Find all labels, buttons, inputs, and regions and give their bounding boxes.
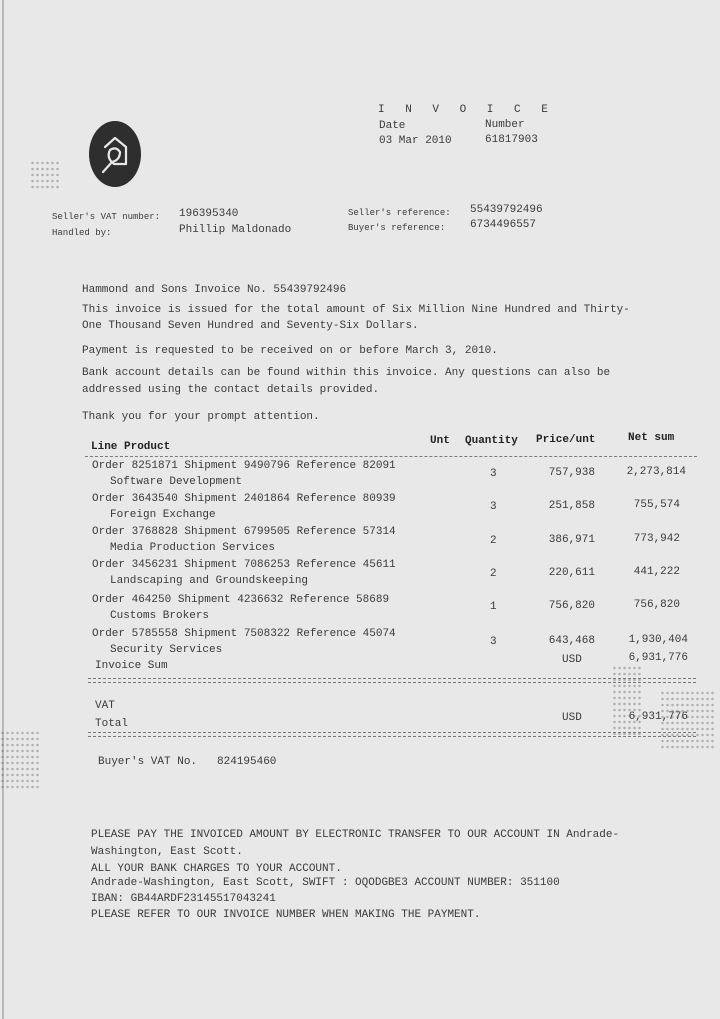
row-quantity: 3 — [490, 636, 497, 648]
scan-noise — [612, 665, 642, 735]
row-quantity: 2 — [490, 535, 497, 547]
table-row: Order 5785558 Shipment 7508322 Reference… — [92, 626, 396, 658]
buyer-vat-value: 824195460 — [217, 756, 276, 768]
row-quantity: 2 — [490, 568, 497, 580]
row-product-line: Security Services — [92, 642, 396, 658]
col-header-price: Price/unt — [536, 434, 595, 446]
row-quantity: 3 — [490, 468, 497, 480]
total-label: Total — [95, 718, 128, 730]
row-price: 251,858 — [530, 500, 595, 512]
thanks-line: Thank you for your prompt attention. — [82, 411, 320, 423]
seller-ref-label: Seller's reference: — [348, 208, 451, 218]
handled-by-value: Phillip Maldonado — [179, 224, 291, 236]
footer-line-1: PLEASE PAY THE INVOICED AMOUNT BY ELECTR… — [91, 829, 619, 841]
invoice-number-line: Hammond and Sons Invoice No. 55439792496 — [82, 284, 346, 296]
table-row: Order 3643540 Shipment 2401864 Reference… — [92, 491, 396, 523]
row-net: 755,574 — [610, 499, 680, 511]
buyer-ref-value: 6734496557 — [470, 219, 536, 231]
date-value: 03 Mar 2010 — [379, 135, 452, 147]
footer-line-5: IBAN: GB44ARDF23145517043241 — [91, 893, 276, 905]
buyer-ref-label: Buyer's reference: — [348, 223, 445, 233]
row-product-line: Software Development — [92, 474, 396, 490]
invoice-sum-currency: USD — [562, 654, 582, 666]
seller-ref-value: 55439792496 — [470, 204, 543, 216]
row-price: 220,611 — [530, 567, 595, 579]
invoice-title: I N V O I C E — [378, 104, 555, 116]
row-product-line: Media Production Services — [92, 540, 396, 556]
handled-by-label: Handled by: — [52, 228, 111, 238]
house-leaf-logo-icon — [88, 118, 142, 188]
row-net: 441,222 — [610, 566, 680, 578]
row-net: 1,930,404 — [610, 634, 688, 646]
row-product-line: Customs Brokers — [92, 608, 389, 624]
footer-line-3: ALL YOUR BANK CHARGES TO YOUR ACCOUNT. — [91, 863, 342, 875]
buyer-vat-label: Buyer's VAT No. — [98, 756, 197, 768]
row-net: 2,273,814 — [610, 466, 686, 478]
row-order-line: Order 3643540 Shipment 2401864 Reference… — [92, 491, 396, 507]
scan-noise — [660, 690, 715, 750]
row-quantity: 1 — [490, 601, 497, 613]
table-row: Order 3456231 Shipment 7086253 Reference… — [92, 557, 396, 589]
footer-line-2: Washington, East Scott. — [91, 846, 243, 858]
seller-vat-label: Seller's VAT number: — [52, 212, 160, 222]
seller-vat-value: 196395340 — [179, 208, 238, 220]
row-order-line: Order 464250 Shipment 4236632 Reference … — [92, 592, 389, 608]
row-order-line: Order 3456231 Shipment 7086253 Reference… — [92, 557, 396, 573]
invoice-page: I N V O I C E Date 03 Mar 2010 Number 61… — [0, 0, 720, 1019]
scan-edge — [2, 0, 4, 1019]
date-label: Date — [379, 120, 405, 132]
col-header-product: Line Product — [91, 441, 170, 453]
table-row: Order 3768828 Shipment 6799505 Reference… — [92, 524, 396, 556]
table-row: Order 8251871 Shipment 9490796 Reference… — [92, 458, 396, 490]
number-value: 61817903 — [485, 134, 538, 146]
payment-due-line: Payment is requested to be received on o… — [82, 345, 498, 357]
scan-noise — [0, 730, 40, 790]
row-net: 756,820 — [610, 599, 680, 611]
col-header-unit: Unt — [430, 435, 450, 447]
row-price: 757,938 — [530, 467, 595, 479]
row-price: 386,971 — [530, 534, 595, 546]
invoice-sum-label: Invoice Sum — [95, 660, 168, 672]
row-product-line: Landscaping and Groundskeeping — [92, 573, 396, 589]
number-label: Number — [485, 119, 525, 131]
row-order-line: Order 8251871 Shipment 9490796 Reference… — [92, 458, 396, 474]
col-header-quantity: Quantity — [465, 435, 518, 447]
row-net: 773,942 — [610, 533, 680, 545]
row-price: 756,820 — [530, 600, 595, 612]
total-divider — [88, 732, 696, 737]
bank-details-line-2: addressed using the contact details prov… — [82, 384, 379, 396]
row-order-line: Order 5785558 Shipment 7508322 Reference… — [92, 626, 396, 642]
amount-text-line-1: This invoice is issued for the total amo… — [82, 304, 630, 316]
footer-line-4: Andrade-Washington, East Scott, SWIFT : … — [91, 877, 560, 889]
scan-noise — [30, 160, 60, 190]
invoice-sum-value: 6,931,776 — [610, 652, 688, 664]
sum-divider — [88, 678, 696, 683]
row-product-line: Foreign Exchange — [92, 507, 396, 523]
header-divider — [85, 456, 697, 457]
row-price: 643,468 — [530, 635, 595, 647]
col-header-net: Net sum — [628, 432, 674, 444]
footer-line-6: PLEASE REFER TO OUR INVOICE NUMBER WHEN … — [91, 909, 480, 921]
amount-text-line-2: One Thousand Seven Hundred and Seventy-S… — [82, 320, 419, 332]
row-order-line: Order 3768828 Shipment 6799505 Reference… — [92, 524, 396, 540]
row-quantity: 3 — [490, 501, 497, 513]
vat-label: VAT — [95, 700, 115, 712]
bank-details-line-1: Bank account details can be found within… — [82, 367, 610, 379]
table-row: Order 464250 Shipment 4236632 Reference … — [92, 592, 389, 624]
total-currency: USD — [562, 712, 582, 724]
